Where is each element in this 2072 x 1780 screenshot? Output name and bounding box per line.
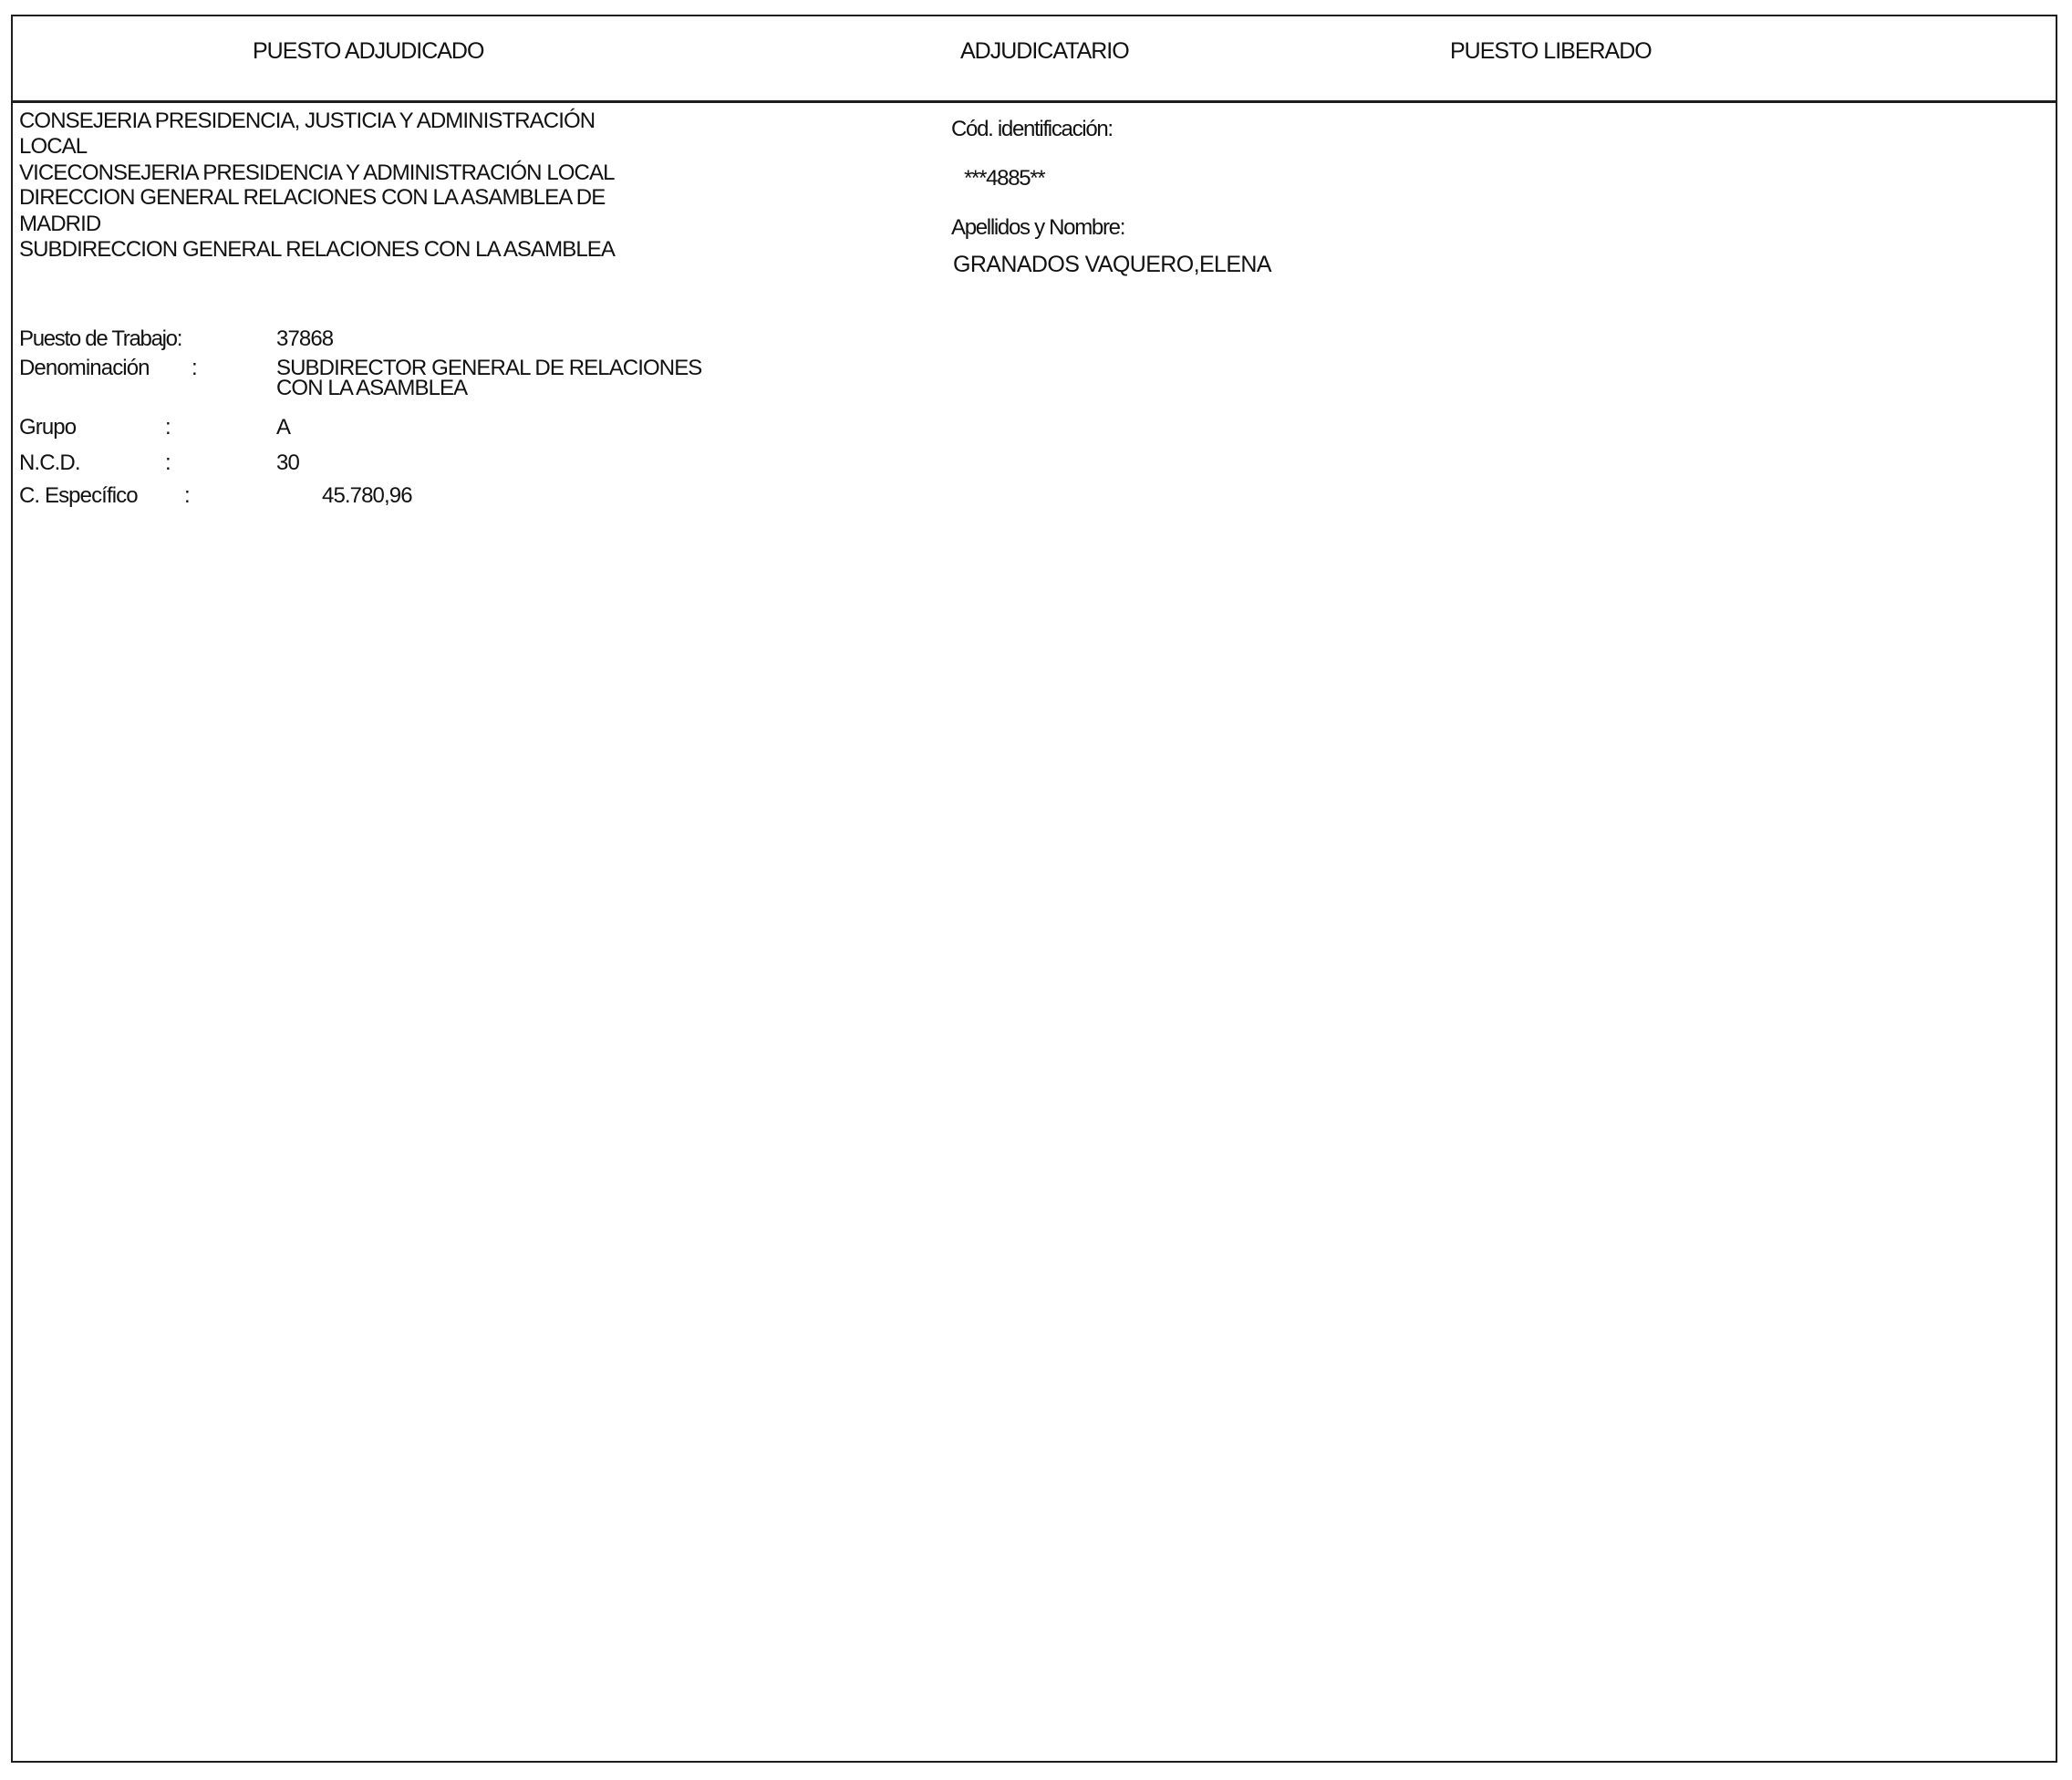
grupo-value: A xyxy=(276,417,290,439)
c-especifico-value: 45.780,96 xyxy=(322,485,412,507)
apellidos-nombre-label: Apellidos y Nombre: xyxy=(951,217,1124,239)
puesto-trabajo-value: 37868 xyxy=(276,328,333,350)
puesto-trabajo-label: Puesto de Trabajo: xyxy=(19,328,181,350)
c-especifico-label: C. Específico xyxy=(19,485,138,507)
grupo-colon: : xyxy=(165,417,171,439)
organismo-line: LOCAL xyxy=(19,136,87,158)
ncd-value: 30 xyxy=(276,452,299,474)
apellidos-nombre-value: GRANADOS VAQUERO,ELENA xyxy=(953,254,1271,275)
organismo-line: SUBDIRECCION GENERAL RELACIONES CON LA A… xyxy=(19,239,615,261)
cod-identificacion-value: ***4885** xyxy=(964,168,1044,190)
denominacion-colon: : xyxy=(192,357,197,379)
c-especifico-colon: : xyxy=(184,485,190,507)
organismo-line: DIRECCION GENERAL RELACIONES CON LA ASAM… xyxy=(19,187,605,209)
denominacion-label: Denominación xyxy=(19,357,150,379)
grupo-label: Grupo xyxy=(19,417,76,439)
header-adjudicatario: ADJUDICATARIO xyxy=(960,40,1129,62)
puesto-liberado-block xyxy=(1450,109,2034,474)
organismo-line: VICECONSEJERIA PRESIDENCIA Y ADMINISTRAC… xyxy=(19,162,615,184)
header-divider xyxy=(11,100,2057,103)
header-puesto-liberado: PUESTO LIBERADO xyxy=(1450,40,1652,62)
cod-identificacion-label: Cód. identificación: xyxy=(951,119,1113,140)
header-puesto-adjudicado: PUESTO ADJUDICADO xyxy=(253,40,483,62)
ncd-label: N.C.D. xyxy=(19,452,80,474)
organismo-line: MADRID xyxy=(19,213,100,235)
denominacion-value-line: CON LA ASAMBLEA xyxy=(276,378,467,399)
ncd-colon: : xyxy=(165,452,171,474)
organismo-line: CONSEJERIA PRESIDENCIA, JUSTICIA Y ADMIN… xyxy=(19,110,595,132)
